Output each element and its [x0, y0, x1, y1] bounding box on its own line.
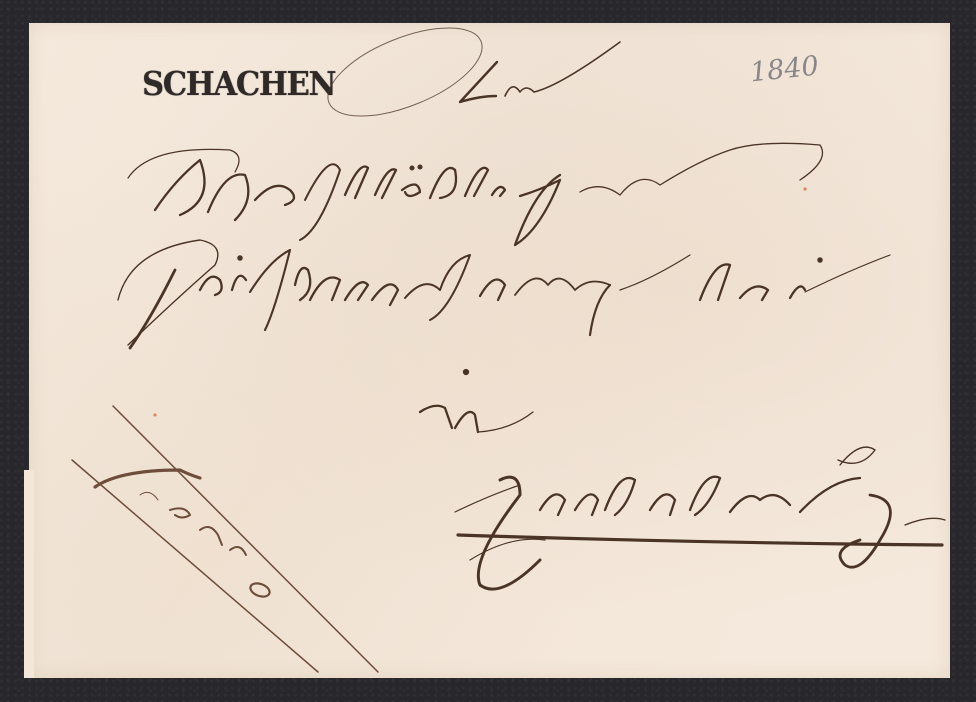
address-line-4 [420, 370, 533, 432]
scan-background: SCHACHEN 1840 [0, 0, 976, 702]
address-line-3 [118, 240, 890, 348]
flourish-oval [316, 10, 494, 134]
address-underline [458, 535, 942, 545]
address-line-5 [455, 447, 945, 589]
address-line-an [460, 42, 620, 102]
franco-annotation [72, 406, 378, 672]
handwritten-address [0, 0, 976, 702]
address-line-2 [128, 143, 823, 245]
